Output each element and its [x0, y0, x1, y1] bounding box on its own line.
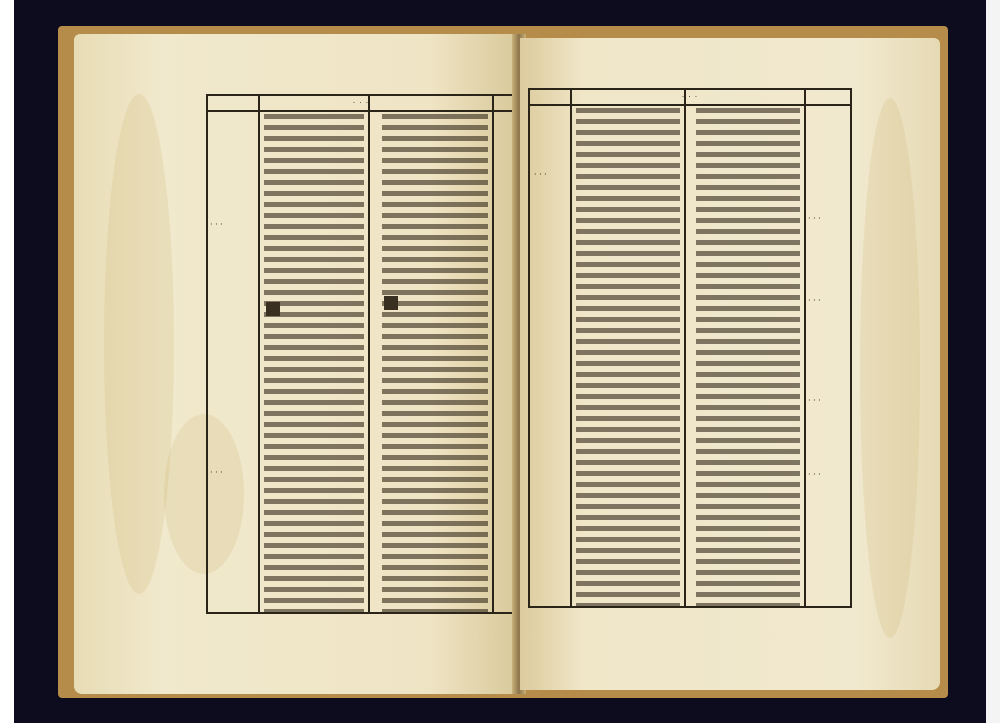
running-head: · · ·	[208, 96, 514, 112]
left-text-frame: · · · · · · · · ·	[206, 94, 516, 614]
column-rule	[684, 90, 686, 606]
column-rule	[368, 96, 370, 612]
decorated-initial	[266, 302, 280, 316]
image-border	[986, 0, 1000, 723]
right-text-frame: · · · · · · · · · · · · · · · · · ·	[528, 88, 852, 608]
column-rule	[804, 90, 806, 606]
water-stain	[860, 98, 920, 638]
right-page: · · · · · · · · · · · · · · · · · ·	[520, 38, 940, 690]
column-rule	[492, 96, 494, 612]
margin-note: · · ·	[534, 170, 547, 179]
margin-note: · · ·	[210, 220, 223, 229]
column-rule	[570, 90, 572, 606]
margin-note: · · ·	[808, 396, 821, 405]
margin-note: · · ·	[808, 470, 821, 479]
decorated-initial	[384, 296, 398, 310]
water-stain	[104, 94, 174, 594]
margin-note: · · ·	[808, 214, 821, 223]
margin-note: · · ·	[210, 468, 223, 477]
text-column-1	[576, 108, 680, 606]
column-rule	[258, 96, 260, 612]
left-page: · · · · · · · · ·	[74, 34, 518, 694]
text-column-1	[264, 114, 364, 612]
text-column-2	[696, 108, 800, 606]
running-head: · · ·	[530, 90, 850, 106]
text-column-2	[382, 114, 488, 612]
margin-note: · · ·	[808, 296, 821, 305]
